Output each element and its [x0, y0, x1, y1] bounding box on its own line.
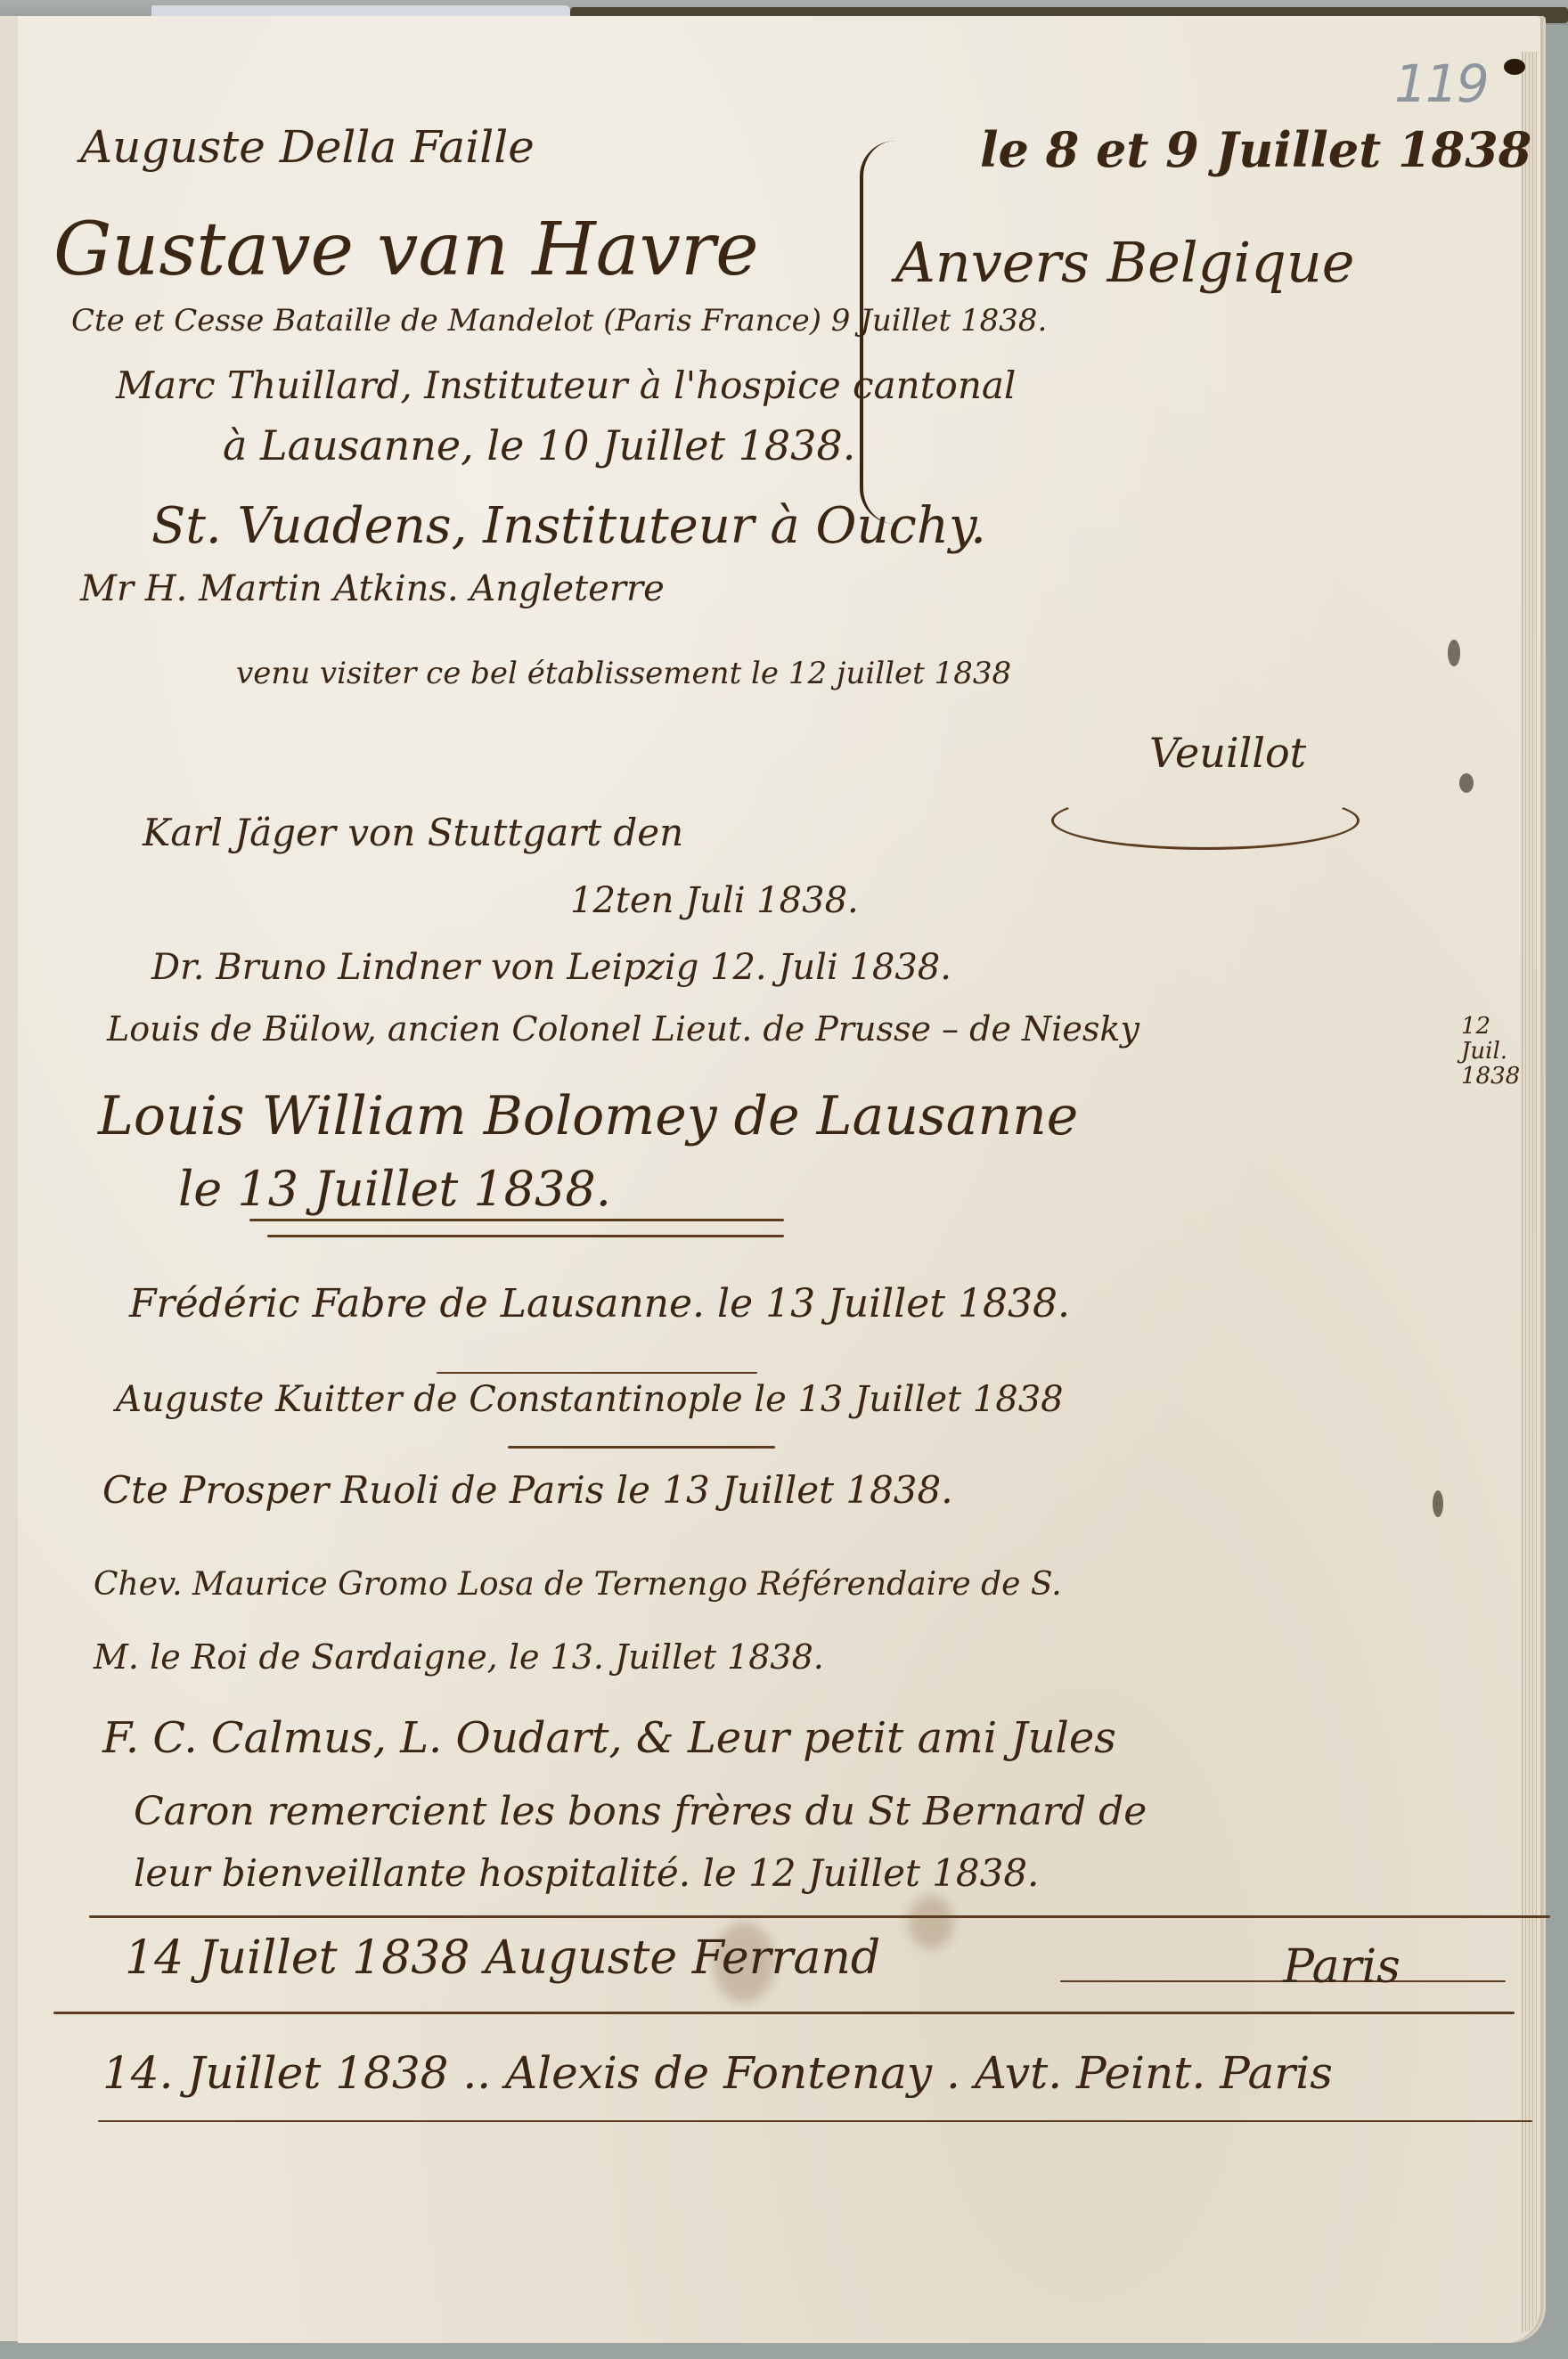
entry-line: 12ten Juli 1838.: [570, 880, 859, 921]
entry-line: Karl Jäger von Stuttgart den: [143, 811, 683, 854]
entry-line: leur bienveillante hospitalité. le 12 Ju…: [134, 1851, 1039, 1895]
entry-line: Cte Prosper Ruoli de Paris le 13 Juillet…: [102, 1468, 953, 1512]
separator-rule: [53, 2012, 1515, 2014]
separator-rule: [267, 1235, 784, 1237]
entry-line: Gustave van Havre: [53, 208, 759, 292]
entry-line: Dr. Bruno Lindner von Leipzig 12. Juli 1…: [151, 947, 951, 988]
ink-blot: [1459, 773, 1474, 793]
entry-line: Cte et Cesse Bataille de Mandelot (Paris…: [71, 303, 1047, 339]
entry-line: Auguste Kuitter de Constantinople le 13 …: [116, 1379, 1064, 1420]
separator-rule: [249, 1219, 784, 1221]
entry-line: Anvers Belgique: [895, 230, 1355, 295]
entry-line: le 8 et 9 Juillet 1838: [980, 121, 1531, 178]
entry-line: F. C. Calmus, L. Oudart, & Leur petit am…: [102, 1713, 1116, 1763]
entry-line: Marc Thuillard, Instituteur à l'hospice …: [116, 363, 1016, 407]
entry-line: Paris: [1283, 1940, 1401, 1994]
entry-line: 14. Juillet 1838 .. Alexis de Fontenay .…: [102, 2047, 1333, 2099]
signature-flourish: [1051, 791, 1360, 850]
entry-line: 12 Juil. 1838: [1461, 1014, 1541, 1089]
entry-line: Mr H. Martin Atkins. Angleterre: [80, 568, 665, 609]
separator-rule: [89, 1915, 1550, 1918]
signature: Veuillot: [1149, 729, 1306, 777]
entry-line: Louis de Bülow, ancien Colonel Lieut. de…: [107, 1009, 1139, 1049]
entry-line: Auguste Della Faille: [80, 121, 535, 173]
entry-line: Caron remercient les bons frères du St B…: [134, 1789, 1147, 1834]
separator-rule: [508, 1446, 775, 1449]
page-stack-edge: [1522, 52, 1537, 2332]
ink-blot: [1504, 59, 1525, 75]
facing-page-edge: [0, 16, 20, 2341]
entry-line: Chev. Maurice Gromo Losa de Ternengo Réf…: [94, 1566, 1062, 1603]
separator-rule: [98, 2120, 1532, 2122]
entry-line: à Lausanne, le 10 Juillet 1838.: [223, 421, 855, 469]
entry-line: Frédéric Fabre de Lausanne. le 13 Juille…: [129, 1281, 1070, 1326]
stain: [909, 1896, 953, 1949]
separator-rule: [437, 1372, 757, 1374]
entry-line: M. le Roi de Sardaigne, le 13. Juillet 1…: [94, 1637, 824, 1677]
register-page: 119 Auguste Della Faille le 8 et 9 Juill…: [18, 16, 1546, 2343]
entry-line: 14 Juillet 1838 Auguste Ferrand: [125, 1931, 880, 1985]
entry-line: le 13 Juillet 1838.: [178, 1161, 611, 1217]
entry-line: St. Vuadens, Instituteur à Ouchy.: [151, 497, 986, 555]
entry-line: venu visiter ce bel établissement le 12 …: [236, 656, 1011, 691]
folio-number: 119: [1394, 53, 1488, 114]
ink-blot: [1448, 640, 1460, 666]
ink-blot: [1433, 1490, 1443, 1517]
entry-line: Louis William Bolomey de Lausanne: [98, 1085, 1078, 1147]
